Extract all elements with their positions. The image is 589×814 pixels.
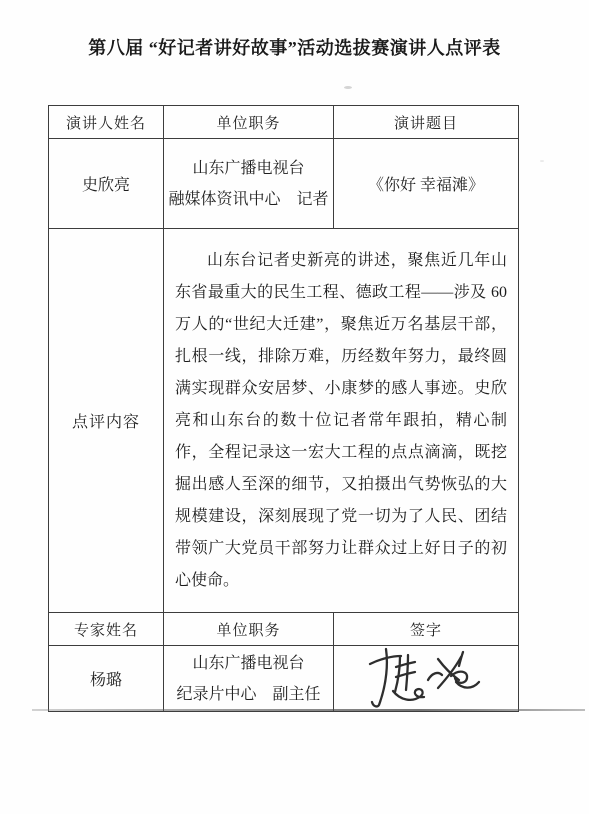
document-title: 第八届 “好记者讲好故事”活动选拔赛演讲人点评表 — [0, 34, 589, 60]
expert-unit-header: 单位职务 — [164, 613, 334, 646]
review-row: 点评内容 山东台记者史新亮的讲述，聚焦近几年山东省最重大的民生工程、德政工程——… — [49, 229, 519, 613]
speech-topic-cell: 《你好 幸福滩》 — [334, 139, 519, 229]
scan-speck — [344, 86, 352, 89]
expert-unit-line1: 山东广播电视台 — [164, 648, 333, 679]
signature-cell — [334, 646, 519, 712]
expert-name-header: 专家姓名 — [49, 613, 164, 646]
signature-header: 签字 — [334, 613, 519, 646]
expert-unit-cell: 山东广播电视台 纪录片中心 副主任 — [164, 646, 334, 712]
speaker-name-cell: 史欣亮 — [49, 139, 164, 229]
speech-topic-header: 演讲题目 — [334, 106, 519, 139]
scanned-document-page: 第八届 “好记者讲好故事”活动选拔赛演讲人点评表 演讲人姓名 单位职务 演讲题目… — [0, 0, 589, 814]
expert-name-cell: 杨璐 — [49, 646, 164, 712]
speaker-row: 史欣亮 山东广播电视台 融媒体资讯中心 记者 《你好 幸福滩》 — [49, 139, 519, 229]
expert-row: 杨璐 山东广播电视台 纪录片中心 副主任 — [49, 646, 519, 712]
review-label-cell: 点评内容 — [49, 229, 164, 613]
speaker-unit-lines: 山东广播电视台 融媒体资讯中心 记者 — [164, 153, 333, 215]
handwritten-signature-icon — [334, 646, 518, 711]
review-paragraph: 山东台记者史新亮的讲述，聚焦近几年山东省最重大的民生工程、德政工程——涉及 60… — [164, 245, 518, 597]
expert-unit-lines: 山东广播电视台 纪录片中心 副主任 — [164, 648, 333, 710]
expert-header-row: 专家姓名 单位职务 签字 — [49, 613, 519, 646]
review-form-table: 演讲人姓名 单位职务 演讲题目 史欣亮 山东广播电视台 融媒体资讯中心 记者 《… — [48, 105, 519, 712]
scan-artifact-streak — [32, 709, 585, 711]
speaker-name-header: 演讲人姓名 — [49, 106, 164, 139]
scan-speck — [540, 160, 544, 162]
speaker-unit-cell: 山东广播电视台 融媒体资讯中心 记者 — [164, 139, 334, 229]
speaker-unit-line2: 融媒体资讯中心 记者 — [164, 184, 333, 215]
speaker-header-row: 演讲人姓名 单位职务 演讲题目 — [49, 106, 519, 139]
review-content-cell: 山东台记者史新亮的讲述，聚焦近几年山东省最重大的民生工程、德政工程——涉及 60… — [164, 229, 519, 613]
speaker-unit-line1: 山东广播电视台 — [164, 153, 333, 184]
expert-unit-line2: 纪录片中心 副主任 — [164, 679, 333, 710]
speaker-unit-header: 单位职务 — [164, 106, 334, 139]
